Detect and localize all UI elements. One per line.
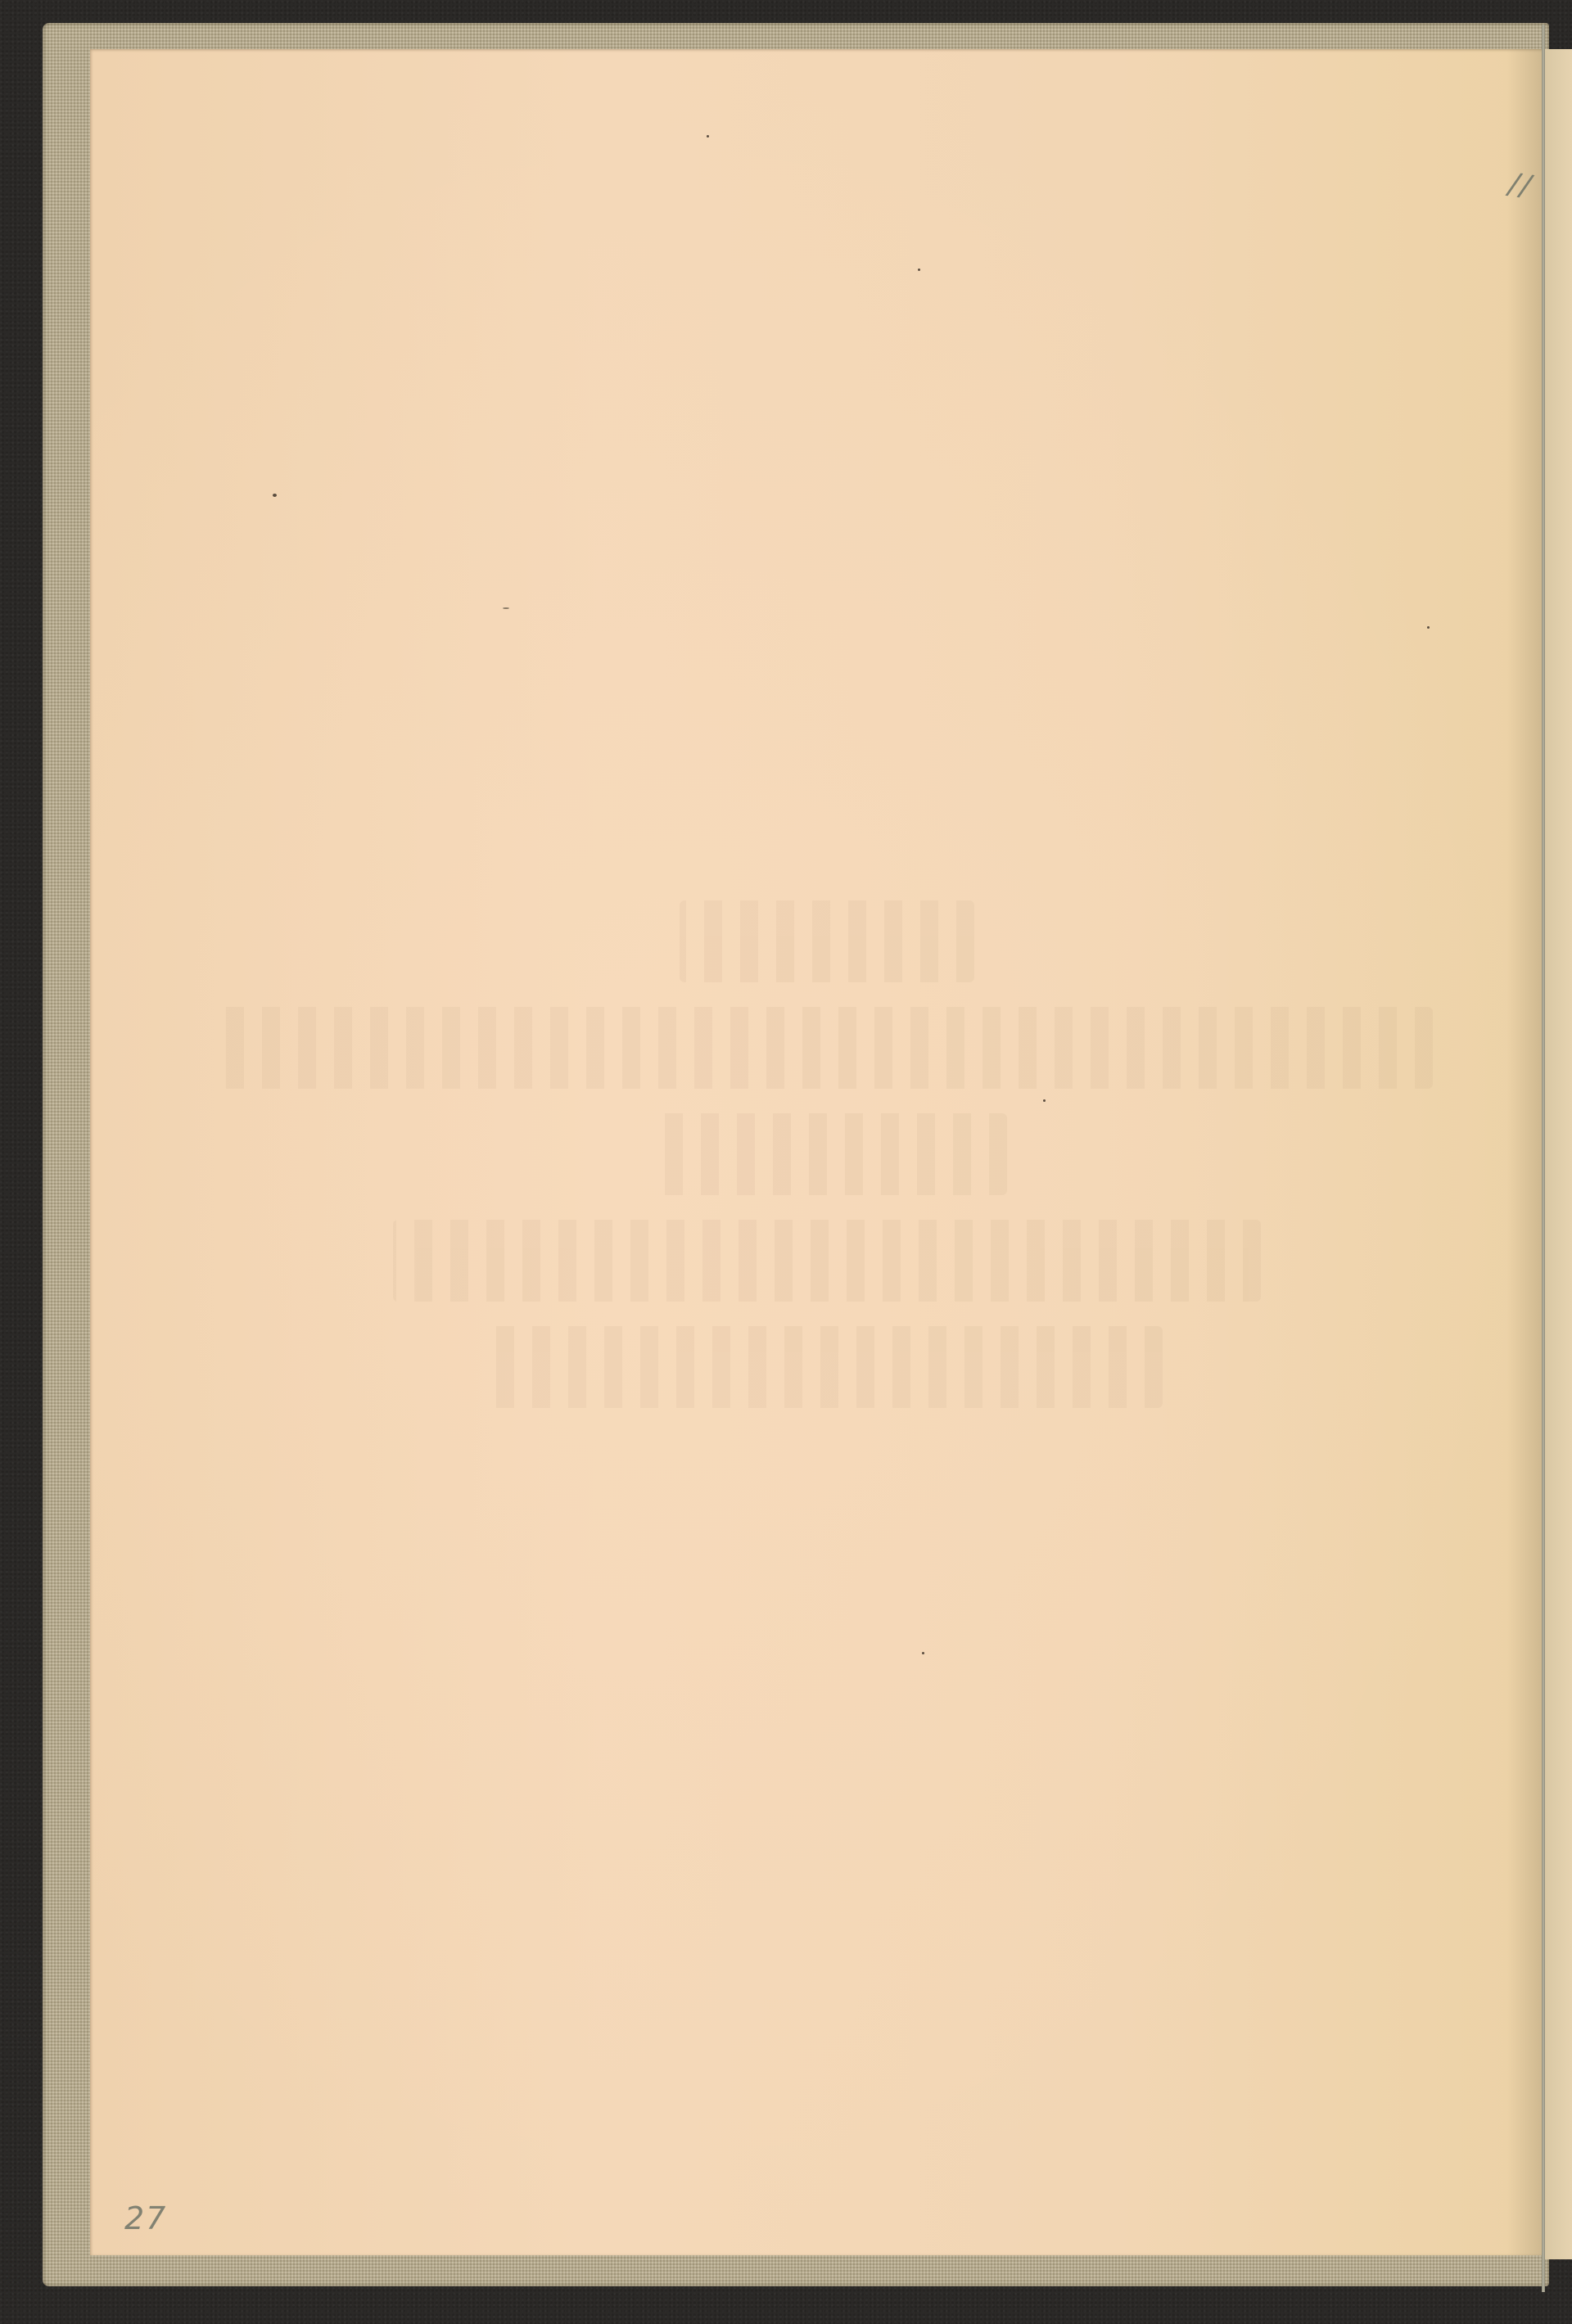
dust-speck (922, 1652, 924, 1654)
dust-speck (707, 135, 709, 138)
endpaper-page (90, 49, 1543, 2255)
bleed-line-1 (680, 900, 974, 982)
bleed-line-4 (393, 1220, 1261, 1302)
dust-speck (1043, 1099, 1046, 1102)
dust-speck (273, 494, 277, 497)
pencil-folio-number: 27 (124, 2200, 167, 2236)
pencil-mark: // (1506, 167, 1534, 204)
dust-speck (503, 607, 509, 609)
bleed-line-3 (647, 1113, 1007, 1195)
page-curve-shadow (1506, 49, 1542, 2255)
dust-speck (1427, 626, 1430, 629)
bleed-line-5 (491, 1326, 1163, 1408)
bleed-line-2 (221, 1007, 1433, 1089)
next-leaf-edge (1545, 49, 1572, 2259)
dust-speck (918, 269, 920, 271)
bleed-through-text (213, 900, 1441, 1408)
